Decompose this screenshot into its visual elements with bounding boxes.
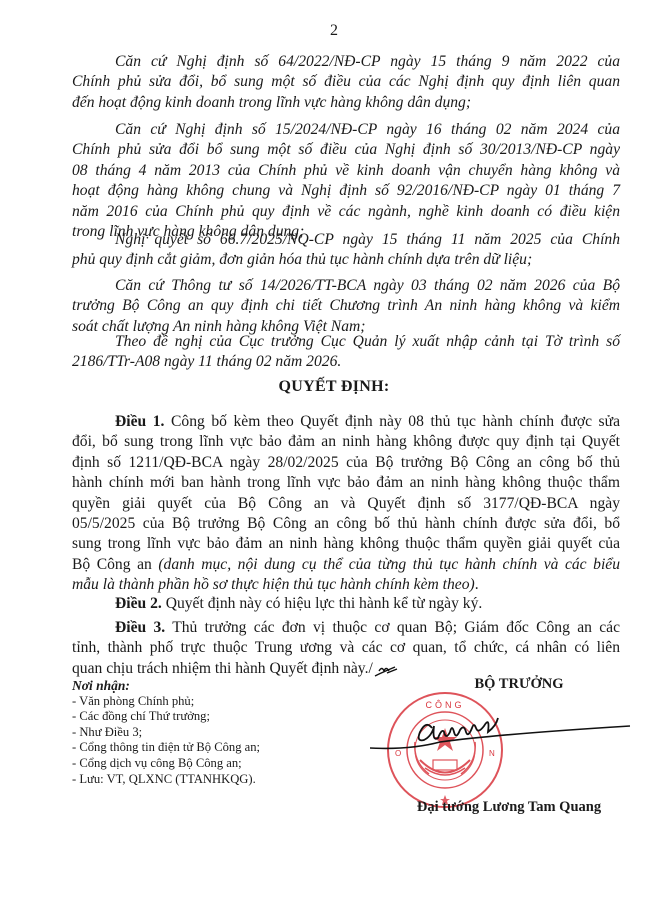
text-line: định số 1211/QĐ-BCA ngày 28/02/2025 của … <box>72 453 620 473</box>
article-3: Điều 3. Thủ trưởng các đơn vị thuộc cơ q… <box>72 618 620 679</box>
text-line: đổi, bổ sung trong lĩnh vực bảo đảm an n… <box>72 432 620 452</box>
page-number: 2 <box>0 22 668 40</box>
recipient-item: - Lưu: VT, QLXNC (TTANHKQG). <box>72 772 260 788</box>
article-text: . <box>475 576 479 593</box>
recipients-title: Nơi nhận: <box>72 678 260 694</box>
recipient-item: - Văn phòng Chính phủ; <box>72 694 260 710</box>
preamble-paragraph-5: Theo đề nghị của Cục trưởng Cục Quản lý … <box>72 332 620 373</box>
recipient-item: - Cổng dịch vụ công Bộ Công an; <box>72 756 260 772</box>
text-line: đến hoạt động kinh doanh trong lĩnh vực … <box>72 93 620 113</box>
article-text: Thủ trưởng các đơn vị thuộc cơ quan Bộ; … <box>172 619 620 636</box>
text-line: 2186/TTr-A08 ngày 11 tháng 02 năm 2026. <box>72 352 620 372</box>
preamble-paragraph-2: Căn cứ Nghị định số 15/2024/NĐ-CP ngày 1… <box>72 120 620 242</box>
article-text: Công bố kèm theo Quyết định này 08 thủ t… <box>171 413 620 430</box>
text-line: phủ quy định cắt giảm, đơn giản hóa thủ … <box>72 250 620 270</box>
article-label: Điều 2. <box>115 595 162 612</box>
text-line: mẫu là thành phần hồ sơ thực hiện thủ tụ… <box>72 575 620 595</box>
text-line: Chính phủ sửa đổi, bổ sung một số điều c… <box>72 72 620 92</box>
text-line: Nghị quyết số 66.7/2025/NQ-CP ngày 15 th… <box>72 230 620 250</box>
text-line: sung trong lĩnh vực bảo đảm an ninh hàng… <box>72 534 620 554</box>
text-line: 08 tháng 4 năm 2013 của Chính phủ về kin… <box>72 161 620 181</box>
preamble-paragraph-3: Nghị quyết số 66.7/2025/NQ-CP ngày 15 th… <box>72 230 620 271</box>
article-text: quan chịu trách nhiệm thi hành Quyết địn… <box>72 660 373 677</box>
article-1: Điều 1. Công bố kèm theo Quyết định này … <box>72 412 620 596</box>
text-line: Chính phủ sửa đổi bổ sung một số điều củ… <box>72 140 620 160</box>
signer-name: Đại tướng Lương Tam Quang <box>340 799 668 816</box>
document-page: 2 Căn cứ Nghị định số 64/2022/NĐ-CP ngày… <box>0 0 668 906</box>
preamble-paragraph-1: Căn cứ Nghị định số 64/2022/NĐ-CP ngày 1… <box>72 52 620 113</box>
text-line: Theo đề nghị của Cục trưởng Cục Quản lý … <box>72 332 620 352</box>
recipient-item: - Như Điều 3; <box>72 725 260 741</box>
text-line: Căn cứ Nghị định số 15/2024/NĐ-CP ngày 1… <box>72 120 620 140</box>
text-line: Điều 3. Thủ trưởng các đơn vị thuộc cơ q… <box>72 618 620 638</box>
signer-title: BỘ TRƯỞNG <box>340 676 668 693</box>
text-line: Căn cứ Nghị định số 64/2022/NĐ-CP ngày 1… <box>72 52 620 72</box>
signature-icon <box>370 700 640 780</box>
article-text: Quyết định này có hiệu lực thi hành kể t… <box>166 595 483 612</box>
recipient-item: - Cổng thông tin điện tử Bộ Công an; <box>72 740 260 756</box>
article-text: Bộ Công an <box>72 556 158 573</box>
text-line: Căn cứ Thông tư số 14/2026/TT-BCA ngày 0… <box>72 276 620 296</box>
text-line: quyền giải quyết của Bộ Công an và Quyết… <box>72 494 620 514</box>
article-label: Điều 3. <box>115 619 165 636</box>
recipient-item: - Các đồng chí Thứ trưởng; <box>72 709 260 725</box>
text-line: hoạt động hàng không chung và Nghị định … <box>72 181 620 201</box>
article-note: mẫu là thành phần hồ sơ thực hiện thủ tụ… <box>72 576 475 593</box>
decision-heading: QUYẾT ĐỊNH: <box>0 378 668 396</box>
recipients-list: Nơi nhận: - Văn phòng Chính phủ; - Các đ… <box>72 678 260 787</box>
preamble-paragraph-4: Căn cứ Thông tư số 14/2026/TT-BCA ngày 0… <box>72 276 620 337</box>
text-line: trưởng Bộ Công an quy định chi tiết Chươ… <box>72 296 620 316</box>
text-line: Điều 1. Công bố kèm theo Quyết định này … <box>72 412 620 432</box>
text-line: Điều 2. Quyết định này có hiệu lực thi h… <box>72 594 620 614</box>
article-label: Điều 1. <box>115 413 164 430</box>
text-line: Bộ Công an (danh mục, nội dung cụ thể củ… <box>72 555 620 575</box>
initials-mark-icon <box>373 663 399 677</box>
text-line: hành chính mới ban hành trong lĩnh vực b… <box>72 473 620 493</box>
article-note: (danh mục, nội dung cụ thể của từng thủ … <box>158 556 620 573</box>
article-2: Điều 2. Quyết định này có hiệu lực thi h… <box>72 594 620 614</box>
text-line: 05/5/2025 của Bộ trưởng Bộ Công an công … <box>72 514 620 534</box>
text-line: năm 2016 của Chính phủ quy định về các n… <box>72 202 620 222</box>
text-line: tỉnh, thành phố trực thuộc Trung ương và… <box>72 638 620 658</box>
